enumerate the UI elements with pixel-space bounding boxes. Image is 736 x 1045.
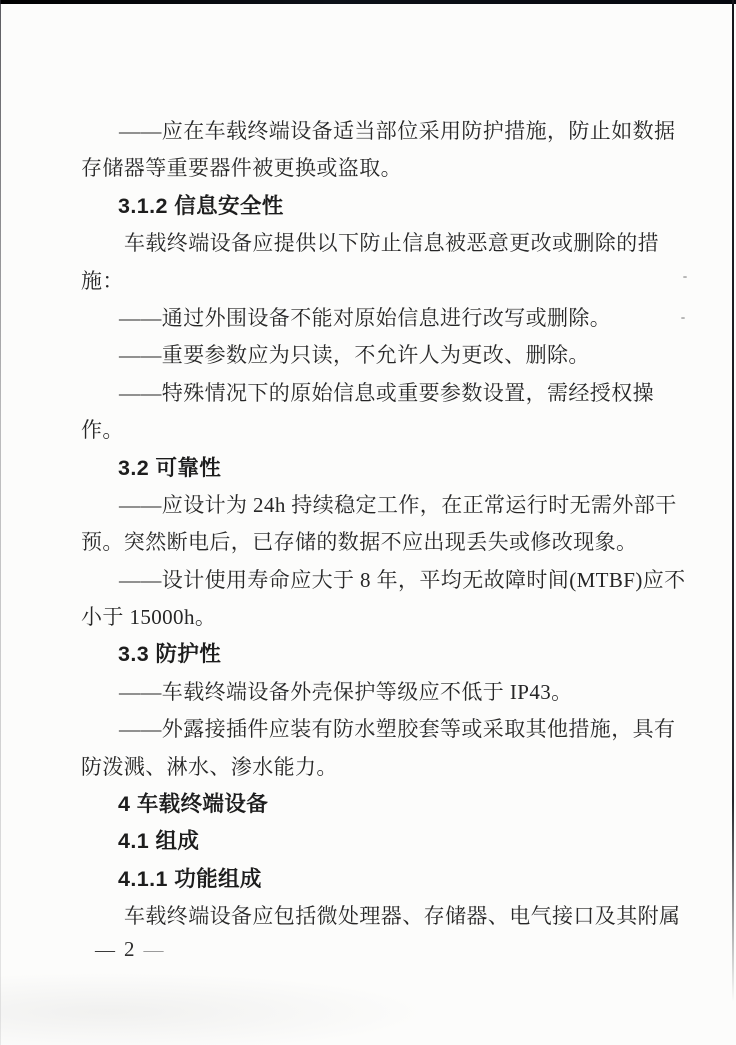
body-text-line: ——重要参数应为只读，不允许人为更改、删除。 [81,337,667,374]
body-text-line: ——外露接插件应装有防水塑胶套等或采取其他措施，具有 [81,711,667,748]
scan-edge-top [0,0,736,4]
body-text-line: 施： [81,263,667,300]
body-text-line: 防泼溅、淋水、渗水能力。 [81,749,667,786]
scan-speck [683,276,687,278]
page-number: —2— [95,937,164,962]
body-text-line: 作。 [81,412,667,449]
body-text-line: ——车载终端设备外壳保护等级应不低于 IP43。 [81,674,667,711]
body-text-line: 车载终端设备应包括微处理器、存储器、电气接口及其附属 [81,898,667,935]
scan-edge-left [0,0,1,1045]
page-number-value: 2 [124,937,135,961]
body-text-line: 预。突然断电后，已存储的数据不应出现丢失或修改现象。 [81,524,667,561]
page-number-dash-left: — [95,939,115,961]
scan-speck [681,317,685,319]
section-heading: 3.1.2 信息安全性 [81,188,667,225]
scanned-document-page: ——应在车载终端设备适当部位采用防护措施，防止如数据存储器等重要器件被更换或盗取… [0,0,736,1045]
section-heading: 3.2 可靠性 [81,450,667,487]
page-number-dash-right: — [144,939,164,961]
body-text-line: ——应在车载终端设备适当部位采用防护措施，防止如数据 [81,113,667,150]
body-text-line: 车载终端设备应提供以下防止信息被恶意更改或删除的措 [81,225,667,262]
section-heading: 4 车载终端设备 [81,786,667,823]
body-text-line: ——设计使用寿命应大于 8 年，平均无故障时间(MTBF)应不 [81,562,667,599]
body-text-line: ——特殊情况下的原始信息或重要参数设置，需经授权操 [81,375,667,412]
body-text-line: 小于 15000h。 [81,599,667,636]
body-text-line: 存储器等重要器件被更换或盗取。 [81,150,667,187]
scan-edge-right [732,0,734,1002]
body-text-line: ——通过外围设备不能对原始信息进行改写或删除。 [81,300,667,337]
document-body: ——应在车载终端设备适当部位采用防护措施，防止如数据存储器等重要器件被更换或盗取… [81,113,667,936]
scan-noise [0,972,430,1045]
body-text-line: ——应设计为 24h 持续稳定工作，在正常运行时无需外部干 [81,487,667,524]
section-heading: 4.1.1 功能组成 [81,861,667,898]
section-heading: 4.1 组成 [81,823,667,860]
section-heading: 3.3 防护性 [81,636,667,673]
